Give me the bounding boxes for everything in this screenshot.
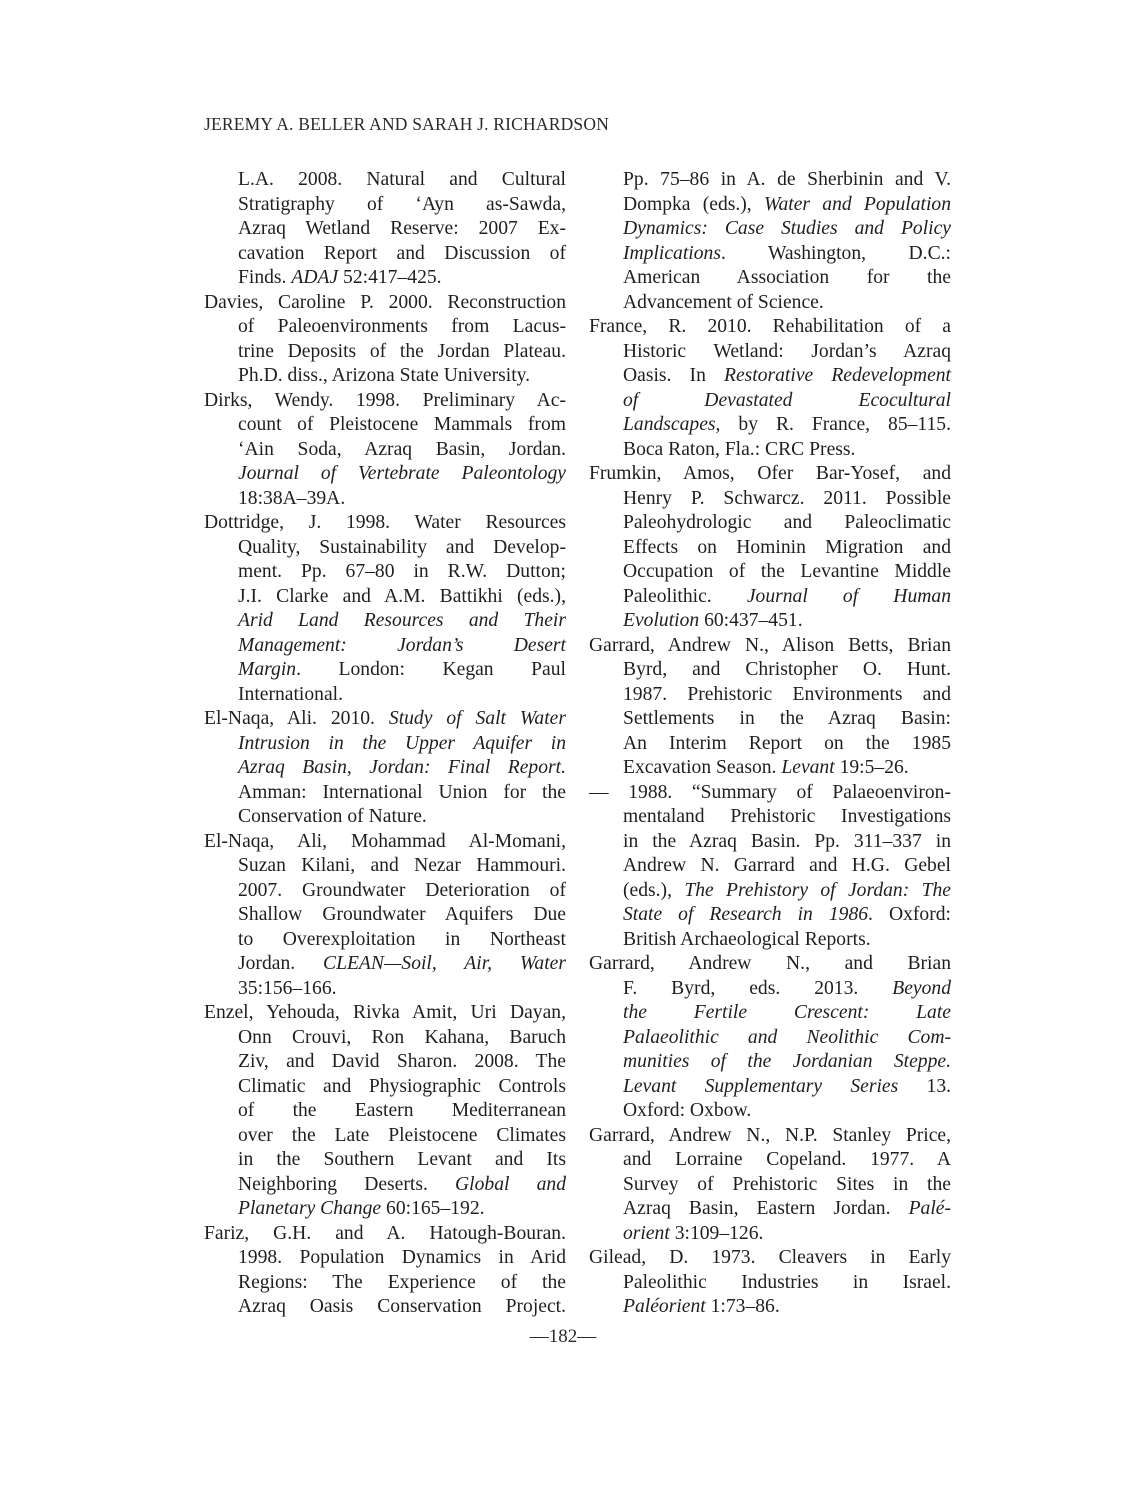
reference-line: France, R. 2010. Rehabilitation of a <box>589 315 951 340</box>
reference-text: American Association for the <box>623 267 951 288</box>
reference-line: to Overexploitation in Northeast <box>204 928 566 953</box>
reference-text: Pp. 75–86 in A. de Sherbinin and V. <box>623 169 951 190</box>
reference-line: International. <box>204 683 566 708</box>
reference-text: Dirks, Wendy. 1998. Preliminary Ac- <box>204 390 566 411</box>
italic-title-text: Implications <box>623 243 721 264</box>
reference-text: Climatic and Physiographic Controls <box>238 1076 566 1097</box>
reference-line: Occupation of the Levantine Middle <box>589 560 951 585</box>
reference-line: Management: Jordan’s Desert <box>204 634 566 659</box>
reference-text: Azraq Basin, Eastern Jordan. <box>623 1198 909 1219</box>
reference-line: Historic Wetland: Jordan’s Azraq <box>589 340 951 365</box>
reference-text: cavation Report and Discussion of <box>238 243 566 264</box>
reference-text: . Oxford: <box>868 904 951 925</box>
reference-text: ‘Ain Soda, Azraq Basin, Jordan. <box>238 439 566 460</box>
reference-line: Evolution 60:437–451. <box>589 609 951 634</box>
italic-title-text: Levant Supplementary Series <box>623 1076 898 1097</box>
reference-text: over the Late Pleistocene Climates <box>238 1125 566 1146</box>
reference-line: American Association for the <box>589 266 951 291</box>
italic-title-text: Dynamics: Case Studies and Policy <box>623 218 951 239</box>
reference-line: Journal of Vertebrate Paleontology <box>204 462 566 487</box>
reference-text: and Lorraine Copeland. 1977. A <box>623 1149 951 1170</box>
reference-entry: Garrard, Andrew N., and BrianF. Byrd, ed… <box>589 952 951 1124</box>
italic-title-text: munities of the Jordanian Steppe. <box>623 1051 951 1072</box>
reference-line: Dynamics: Case Studies and Policy <box>589 217 951 242</box>
italic-title-text: orient <box>623 1223 670 1244</box>
reference-text: El-Naqa, Ali, Mohammad Al-Momani, <box>204 831 566 852</box>
italic-title-text: CLEAN—Soil, Air, Water <box>323 953 566 974</box>
reference-text: . Washington, D.C.: <box>721 243 951 264</box>
reference-text: (eds.), <box>623 880 684 901</box>
reference-text: Advancement of Science. <box>623 292 824 313</box>
reference-line: Paléorient 1:73–86. <box>589 1295 951 1320</box>
reference-text: Davies, Caroline P. 2000. Reconstruction <box>204 292 566 313</box>
reference-line: F. Byrd, eds. 2013. Beyond <box>589 977 951 1002</box>
italic-title-text: Beyond <box>892 978 951 999</box>
reference-text: Settlements in the Azraq Basin: <box>623 708 951 729</box>
reference-line: Byrd, and Christopher O. Hunt. <box>589 658 951 683</box>
reference-line: of Paleoenvironments from Lacus- <box>204 315 566 340</box>
reference-line: Frumkin, Amos, Ofer Bar-Yosef, and <box>589 462 951 487</box>
reference-line: trine Deposits of the Jordan Plateau. <box>204 340 566 365</box>
reference-text: Azraq Wetland Reserve: 2007 Ex- <box>238 218 566 239</box>
reference-line: of the Eastern Mediterranean <box>204 1099 566 1124</box>
reference-text: of Paleoenvironments from Lacus- <box>238 316 566 337</box>
reference-entry: El-Naqa, Ali, Mohammad Al-Momani,Suzan K… <box>204 830 566 1002</box>
reference-line: El-Naqa, Ali. 2010. Study of Salt Water <box>204 707 566 732</box>
reference-line: orient 3:109–126. <box>589 1222 951 1247</box>
reference-line: Paleolithic Industries in Israel. <box>589 1271 951 1296</box>
reference-text: of the Eastern Mediterranean <box>238 1100 566 1121</box>
reference-line: Amman: International Union for the <box>204 781 566 806</box>
italic-title-text: the Fertile Crescent: Late <box>623 1002 951 1023</box>
reference-line: State of Research in 1986. Oxford: <box>589 903 951 928</box>
reference-text: 13. <box>898 1076 951 1097</box>
reference-line: Onn Crouvi, Ron Kahana, Baruch <box>204 1026 566 1051</box>
reference-line: Davies, Caroline P. 2000. Reconstruction <box>204 291 566 316</box>
reference-text: Jordan. <box>238 953 323 974</box>
reference-text: Onn Crouvi, Ron Kahana, Baruch <box>238 1027 566 1048</box>
reference-text: Ziv, and David Sharon. 2008. The <box>238 1051 566 1072</box>
reference-text: Boca Raton, Fla.: CRC Press. <box>623 439 855 460</box>
reference-line: Finds. ADAJ 52:417–425. <box>204 266 566 291</box>
reference-text: Frumkin, Amos, Ofer Bar-Yosef, and <box>589 463 951 484</box>
reference-text: F. Byrd, eds. 2013. <box>623 978 892 999</box>
reference-text: El-Naqa, Ali. 2010. <box>204 708 389 729</box>
reference-line: Pp. 75–86 in A. de Sherbinin and V. <box>589 168 951 193</box>
reference-text: 19:5–26. <box>835 757 909 778</box>
reference-line: Enzel, Yehouda, Rivka Amit, Uri Dayan, <box>204 1001 566 1026</box>
reference-text: 1:73–86. <box>706 1296 780 1317</box>
reference-line: cavation Report and Discussion of <box>204 242 566 267</box>
reference-text: Effects on Hominin Migration and <box>623 537 951 558</box>
reference-text: Dompka (eds.), <box>623 194 764 215</box>
reference-line: in the Southern Levant and Its <box>204 1148 566 1173</box>
reference-line: Ph.D. diss., Arizona State University. <box>204 364 566 389</box>
italic-title-text: Evolution <box>623 610 699 631</box>
reference-text: Fariz, G.H. and A. Hatough-Bouran. <box>204 1223 566 1244</box>
reference-text: 35:156–166. <box>238 978 337 999</box>
running-head: JEREMY A. BELLER AND SARAH J. RICHARDSON <box>204 114 609 135</box>
reference-line: Neighboring Deserts. Global and <box>204 1173 566 1198</box>
reference-entry: Dottridge, J. 1998. Water ResourcesQuali… <box>204 511 566 707</box>
reference-line: Henry P. Schwarcz. 2011. Possible <box>589 487 951 512</box>
italic-title-text: Landscapes <box>623 414 716 435</box>
reference-text: 60:165–192. <box>381 1198 484 1219</box>
italic-title-text: Global and <box>455 1174 566 1195</box>
reference-line: Ziv, and David Sharon. 2008. The <box>204 1050 566 1075</box>
reference-line: in the Azraq Basin. Pp. 311–337 in <box>589 830 951 855</box>
reference-line: Planetary Change 60:165–192. <box>204 1197 566 1222</box>
reference-text: Survey of Prehistoric Sites in the <box>623 1174 951 1195</box>
reference-line: Palaeolithic and Neolithic Com- <box>589 1026 951 1051</box>
reference-entry: — 1988. “Summary of Palaeoenviron-mental… <box>589 781 951 953</box>
reference-line: over the Late Pleistocene Climates <box>204 1124 566 1149</box>
reference-line: Paleohydrologic and Paleoclimatic <box>589 511 951 536</box>
reference-entry: Enzel, Yehouda, Rivka Amit, Uri Dayan,On… <box>204 1001 566 1222</box>
reference-text: Oxford: Oxbow. <box>623 1100 751 1121</box>
reference-text: in the Southern Levant and Its <box>238 1149 566 1170</box>
reference-entry: Pp. 75–86 in A. de Sherbinin and V.Dompk… <box>589 168 951 315</box>
reference-line: Dirks, Wendy. 1998. Preliminary Ac- <box>204 389 566 414</box>
reference-text: Garrard, Andrew N., Alison Betts, Brian <box>589 635 951 656</box>
reference-text: Finds. <box>238 267 291 288</box>
italic-title-text: Arid Land Resources and Their <box>238 610 566 631</box>
reference-line: Suzan Kilani, and Nezar Hammouri. <box>204 854 566 879</box>
reference-line: Jordan. CLEAN—Soil, Air, Water <box>204 952 566 977</box>
reference-text: Paleohydrologic and Paleoclimatic <box>623 512 951 533</box>
reference-text: 18:38A–39A. <box>238 488 345 509</box>
italic-title-text: Journal of Vertebrate Paleontology <box>238 463 566 484</box>
reference-text: Suzan Kilani, and Nezar Hammouri. <box>238 855 566 876</box>
reference-line: L.A. 2008. Natural and Cultural <box>204 168 566 193</box>
reference-line: Effects on Hominin Migration and <box>589 536 951 561</box>
reference-line: and Lorraine Copeland. 1977. A <box>589 1148 951 1173</box>
reference-entry: France, R. 2010. Rehabilitation of aHist… <box>589 315 951 462</box>
italic-title-text: Margin <box>238 659 296 680</box>
reference-line: Stratigraphy of ‘Ayn as-Sawda, <box>204 193 566 218</box>
reference-line: Paleolithic. Journal of Human <box>589 585 951 610</box>
reference-line: J.I. Clarke and A.M. Battikhi (eds.), <box>204 585 566 610</box>
reference-line: Oasis. In Restorative Redevelopment <box>589 364 951 389</box>
reference-line: ‘Ain Soda, Azraq Basin, Jordan. <box>204 438 566 463</box>
reference-text: France, R. 2010. Rehabilitation of a <box>589 316 951 337</box>
italic-title-text: Study of Salt Water <box>389 708 566 729</box>
reference-line: Dompka (eds.), Water and Population <box>589 193 951 218</box>
reference-entry: L.A. 2008. Natural and CulturalStratigra… <box>204 168 566 291</box>
reference-line: Fariz, G.H. and A. Hatough-Bouran. <box>204 1222 566 1247</box>
reference-text: Historic Wetland: Jordan’s Azraq <box>623 341 951 362</box>
reference-text: Paleolithic. <box>623 586 747 607</box>
reference-line: Excavation Season. Levant 19:5–26. <box>589 756 951 781</box>
reference-line: Azraq Oasis Conservation Project. <box>204 1295 566 1320</box>
reference-text: Quality, Sustainability and Develop- <box>238 537 566 558</box>
reference-text: Neighboring Deserts. <box>238 1174 455 1195</box>
italic-title-text: The Prehistory of Jordan: The <box>684 880 951 901</box>
reference-entry: Garrard, Andrew N., N.P. Stanley Price,a… <box>589 1124 951 1247</box>
reference-line: Levant Supplementary Series 13. <box>589 1075 951 1100</box>
reference-line: Boca Raton, Fla.: CRC Press. <box>589 438 951 463</box>
reference-text: 60:437–451. <box>699 610 802 631</box>
reference-entry: El-Naqa, Ali. 2010. Study of Salt WaterI… <box>204 707 566 830</box>
reference-line: Arid Land Resources and Their <box>204 609 566 634</box>
italic-title-text: of Devastated Ecocultural <box>623 390 951 411</box>
reference-line: — 1988. “Summary of Palaeoenviron- <box>589 781 951 806</box>
italic-title-text: State of Research in 1986 <box>623 904 868 925</box>
reference-line: Settlements in the Azraq Basin: <box>589 707 951 732</box>
italic-title-text: Azraq Basin, Jordan: Final Report. <box>238 757 566 778</box>
reference-line: Implications. Washington, D.C.: <box>589 242 951 267</box>
reference-text: mentaland Prehistoric Investigations <box>623 806 951 827</box>
reference-line: Advancement of Science. <box>589 291 951 316</box>
reference-line: Garrard, Andrew N., Alison Betts, Brian <box>589 634 951 659</box>
italic-title-text: Management: Jordan’s Desert <box>238 635 566 656</box>
reference-line: Andrew N. Garrard and H.G. Gebel <box>589 854 951 879</box>
reference-text: Amman: International Union for the <box>238 782 566 803</box>
italic-title-text: Paléorient <box>623 1296 706 1317</box>
reference-line: Gilead, D. 1973. Cleavers in Early <box>589 1246 951 1271</box>
reference-line: Conservation of Nature. <box>204 805 566 830</box>
bibliography-column-left: L.A. 2008. Natural and CulturalStratigra… <box>204 168 566 1320</box>
reference-text: Enzel, Yehouda, Rivka Amit, Uri Dayan, <box>204 1002 566 1023</box>
reference-text: — 1988. “Summary of Palaeoenviron- <box>589 782 951 803</box>
reference-line: 1998. Population Dynamics in Arid <box>204 1246 566 1271</box>
reference-text: 52:417–425. <box>338 267 441 288</box>
italic-title-text: Palaeolithic and Neolithic Com- <box>623 1027 951 1048</box>
reference-entry: Gilead, D. 1973. Cleavers in EarlyPaleol… <box>589 1246 951 1320</box>
reference-entry: Frumkin, Amos, Ofer Bar-Yosef, andHenry … <box>589 462 951 634</box>
reference-text: Excavation Season. <box>623 757 781 778</box>
reference-line: Landscapes, by R. France, 85–115. <box>589 413 951 438</box>
reference-line: Intrusion in the Upper Aquifer in <box>204 732 566 757</box>
reference-line: the Fertile Crescent: Late <box>589 1001 951 1026</box>
reference-text: trine Deposits of the Jordan Plateau. <box>238 341 566 362</box>
reference-line: of Devastated Ecocultural <box>589 389 951 414</box>
italic-title-text: ADAJ <box>291 267 338 288</box>
reference-line: 35:156–166. <box>204 977 566 1002</box>
reference-text: Conservation of Nature. <box>238 806 427 827</box>
reference-text: Oasis. In <box>623 365 724 386</box>
reference-line: 18:38A–39A. <box>204 487 566 512</box>
reference-line: Shallow Groundwater Aquifers Due <box>204 903 566 928</box>
reference-line: Azraq Basin, Jordan: Final Report. <box>204 756 566 781</box>
reference-text: International. <box>238 684 343 705</box>
reference-text: to Overexploitation in Northeast <box>238 929 566 950</box>
reference-line: ment. Pp. 67–80 in R.W. Dutton; <box>204 560 566 585</box>
italic-title-text: Restorative Redevelopment <box>724 365 951 386</box>
italic-title-text: Intrusion in the Upper Aquifer in <box>238 733 566 754</box>
italic-title-text: Water and Population <box>764 194 951 215</box>
reference-line: (eds.), The Prehistory of Jordan: The <box>589 879 951 904</box>
reference-text: 1998. Population Dynamics in Arid <box>238 1247 566 1268</box>
reference-line: munities of the Jordanian Steppe. <box>589 1050 951 1075</box>
reference-text: Stratigraphy of ‘Ayn as-Sawda, <box>238 194 566 215</box>
italic-title-text: Journal of Human <box>747 586 951 607</box>
reference-line: 2007. Groundwater Deterioration of <box>204 879 566 904</box>
reference-text: Paleolithic Industries in Israel. <box>623 1272 951 1293</box>
reference-entry: Fariz, G.H. and A. Hatough-Bouran.1998. … <box>204 1222 566 1320</box>
reference-text: Shallow Groundwater Aquifers Due <box>238 904 566 925</box>
italic-title-text: Planetary Change <box>238 1198 381 1219</box>
reference-text: Byrd, and Christopher O. Hunt. <box>623 659 951 680</box>
reference-text: Dottridge, J. 1998. Water Resources <box>204 512 566 533</box>
reference-entry: Davies, Caroline P. 2000. Reconstruction… <box>204 291 566 389</box>
reference-text: Garrard, Andrew N., N.P. Stanley Price, <box>589 1125 951 1146</box>
reference-text: Regions: The Experience of the <box>238 1272 566 1293</box>
reference-text: Henry P. Schwarcz. 2011. Possible <box>623 488 951 509</box>
reference-line: 1987. Prehistoric Environments and <box>589 683 951 708</box>
reference-text: Andrew N. Garrard and H.G. Gebel <box>623 855 951 876</box>
reference-text: 3:109–126. <box>670 1223 764 1244</box>
page-number: —182— <box>0 1326 1126 1348</box>
reference-line: Survey of Prehistoric Sites in the <box>589 1173 951 1198</box>
reference-text: Azraq Oasis Conservation Project. <box>238 1296 566 1317</box>
italic-title-text: Palé- <box>909 1198 951 1219</box>
reference-line: Quality, Sustainability and Develop- <box>204 536 566 561</box>
reference-text: British Archaeological Reports. <box>623 929 871 950</box>
reference-line: mentaland Prehistoric Investigations <box>589 805 951 830</box>
reference-entry: Garrard, Andrew N., Alison Betts, BrianB… <box>589 634 951 781</box>
reference-line: Garrard, Andrew N., N.P. Stanley Price, <box>589 1124 951 1149</box>
reference-line: Margin. London: Kegan Paul <box>204 658 566 683</box>
reference-text: 1987. Prehistoric Environments and <box>623 684 951 705</box>
reference-line: El-Naqa, Ali, Mohammad Al-Momani, <box>204 830 566 855</box>
reference-text: count of Pleistocene Mammals from <box>238 414 566 435</box>
reference-text: Garrard, Andrew N., and Brian <box>589 953 951 974</box>
bibliography-column-right: Pp. 75–86 in A. de Sherbinin and V.Dompk… <box>589 168 951 1320</box>
italic-title-text: Levant <box>781 757 834 778</box>
reference-line: Azraq Wetland Reserve: 2007 Ex- <box>204 217 566 242</box>
reference-line: Oxford: Oxbow. <box>589 1099 951 1124</box>
reference-text: An Interim Report on the 1985 <box>623 733 951 754</box>
reference-line: Dottridge, J. 1998. Water Resources <box>204 511 566 536</box>
reference-line: count of Pleistocene Mammals from <box>204 413 566 438</box>
reference-text: Gilead, D. 1973. Cleavers in Early <box>589 1247 951 1268</box>
reference-text: 2007. Groundwater Deterioration of <box>238 880 566 901</box>
reference-text: Ph.D. diss., Arizona State University. <box>238 365 530 386</box>
reference-line: Climatic and Physiographic Controls <box>204 1075 566 1100</box>
reference-entry: Dirks, Wendy. 1998. Preliminary Ac-count… <box>204 389 566 512</box>
reference-text: , by R. France, 85–115. <box>716 414 951 435</box>
reference-line: Regions: The Experience of the <box>204 1271 566 1296</box>
reference-line: British Archaeological Reports. <box>589 928 951 953</box>
reference-line: Garrard, Andrew N., and Brian <box>589 952 951 977</box>
reference-text: in the Azraq Basin. Pp. 311–337 in <box>623 831 951 852</box>
reference-text: J.I. Clarke and A.M. Battikhi (eds.), <box>238 586 566 607</box>
reference-text: ment. Pp. 67–80 in R.W. Dutton; <box>238 561 566 582</box>
reference-line: An Interim Report on the 1985 <box>589 732 951 757</box>
reference-text: . London: Kegan Paul <box>296 659 566 680</box>
reference-text: L.A. 2008. Natural and Cultural <box>238 169 566 190</box>
reference-line: Azraq Basin, Eastern Jordan. Palé- <box>589 1197 951 1222</box>
reference-text: Occupation of the Levantine Middle <box>623 561 951 582</box>
